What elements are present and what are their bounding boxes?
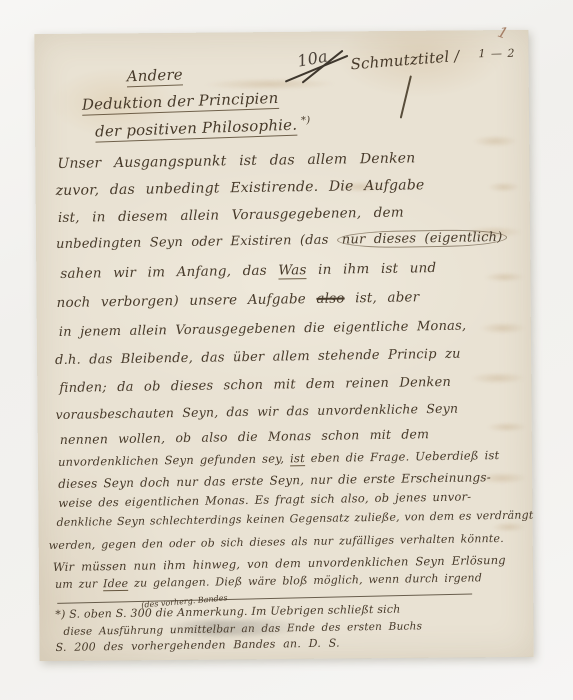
line-text: d.h. das Bleibende, das über allem stehe… <box>55 347 461 368</box>
bleedthrough-mark <box>492 522 526 532</box>
line-text: nennen wollen, ob also die Monas schon m… <box>60 426 430 447</box>
title-text: Deduktion der Principien <box>82 89 279 116</box>
manuscript-line: nennen wollen, ob also die Monas schon m… <box>60 426 430 447</box>
line-text: in jenem allein Vorausgegebenen die eige… <box>59 319 467 340</box>
manuscript-line: noch verborgen) unsere Aufgabe also ist,… <box>56 289 419 311</box>
manuscript-line: Unser Ausgangspunkt ist das allem Denken <box>57 150 415 172</box>
footnote-marker: *) <box>301 115 311 126</box>
line-text: unbedingten Seyn oder Existiren (das <box>56 233 337 252</box>
footnote-line: (des vorherg. Bandes*) S. oben S. 300 di… <box>55 603 400 621</box>
manuscript-line: sahen wir im Anfang, das Was in ihm ist … <box>60 260 436 282</box>
photo-background: { "annotations": { "crossed_number": "10… <box>0 0 573 700</box>
title-line-2: Deduktion der Principien <box>82 89 279 114</box>
bleedthrough-mark <box>484 272 524 282</box>
line-text: ist, in diesem allein Vorausgegebenen, d… <box>58 205 404 226</box>
manuscript-line: ist, in diesem allein Vorausgegebenen, d… <box>58 205 404 226</box>
manuscript-line: Wir müssen nun ihm hinweg, von dem unvor… <box>53 553 506 574</box>
manuscript-line: unvordenklichen Seyn gefunden sey, ist e… <box>58 448 500 469</box>
bleedthrough-mark <box>480 322 526 334</box>
bleedthrough-mark <box>487 422 527 432</box>
line-text: zuvor, das unbedingt Existirende. Die Au… <box>56 177 425 199</box>
schmutztitel-note: Schmutztitel / <box>350 47 460 74</box>
title-text: Andere <box>126 65 183 87</box>
bleedthrough-mark <box>473 135 517 147</box>
line-text: in ihm ist und <box>306 260 436 278</box>
line-text: weise des eigentlichen Monas. Es fragt s… <box>58 489 471 509</box>
footnote-separator-line <box>57 593 472 604</box>
manuscript-line: unbedingten Seyn oder Existiren (das nur… <box>56 230 508 252</box>
line-mark: Was <box>278 262 307 279</box>
line-text: um zur <box>55 577 103 591</box>
pagination: 1 — 2 <box>478 47 515 61</box>
line-mark: Idee <box>103 577 128 591</box>
line-text: denkliche Seyn schlechterdings keinen Ge… <box>56 509 533 529</box>
manuscript-line: d.h. das Bleibende, das über allem stehe… <box>55 347 461 368</box>
line-text: sahen wir im Anfang, das <box>60 263 278 282</box>
title-text: der positiven Philosophie. <box>95 116 298 143</box>
manuscript-line: um zur Idee zu gelangen. Dieß wäre bloß … <box>55 571 482 591</box>
manuscript-paper: 10a. Schmutztitel / 1 — 2 1 Andere Deduk… <box>34 30 533 661</box>
line-text: Unser Ausgangspunkt ist das allem Denken <box>57 150 415 172</box>
slash-stroke <box>400 75 412 118</box>
manuscript-line: in jenem allein Vorausgegebenen die eige… <box>59 319 467 340</box>
line-text: zu gelangen. Dieß wäre bloß möglich, wen… <box>128 571 482 590</box>
bleedthrough-mark <box>488 182 520 192</box>
corner-pencil-mark: 1 <box>495 23 510 43</box>
line-text: werden, gegen den oder ob sich dieses al… <box>49 532 504 552</box>
line-text: vorausbeschauten Seyn, das wir das unvor… <box>55 401 458 422</box>
manuscript-line: vorausbeschauten Seyn, das wir das unvor… <box>55 401 458 422</box>
line-text: S. 200 des vorhergehenden Bandes an. D. … <box>56 637 340 654</box>
line-text: dieses Seyn doch nur das erste Seyn, nur… <box>58 470 491 491</box>
bleedthrough-mark <box>470 372 525 384</box>
line-mark: also <box>316 290 344 306</box>
line-text: eben die Frage. Ueberdieß ist <box>305 448 500 465</box>
manuscript-line: finden; da ob dieses schon mit dem reine… <box>59 375 451 396</box>
manuscript-line: dieses Seyn doch nur das erste Seyn, nur… <box>58 470 491 491</box>
line-text: finden; da ob dieses schon mit dem reine… <box>59 375 451 396</box>
footnote-line: S. 200 des vorhergehenden Bandes an. D. … <box>56 637 340 654</box>
manuscript-line: zuvor, das unbedingt Existirende. Die Au… <box>56 177 425 199</box>
manuscript-line: weise des eigentlichen Monas. Es fragt s… <box>58 489 471 509</box>
line-text: *) S. oben S. 300 <box>55 606 152 621</box>
line-text: ist, aber <box>345 289 420 306</box>
manuscript-line: werden, gegen den oder ob sich dieses al… <box>49 532 504 552</box>
line-text: unvordenklichen Seyn gefunden sey, <box>58 451 290 469</box>
line-text: noch verborgen) unsere Aufgabe <box>56 291 316 311</box>
title-line-3: der positiven Philosophie.*) <box>95 115 311 141</box>
line-mark: nur dieses (eigentlich) <box>337 229 508 249</box>
manuscript-line: denkliche Seyn schlechterdings keinen Ge… <box>56 509 533 529</box>
line-text: Wir müssen nun ihm hinweg, von dem unvor… <box>53 553 506 574</box>
line-mark: ist <box>290 451 305 466</box>
title-line-1: Andere <box>126 65 183 85</box>
